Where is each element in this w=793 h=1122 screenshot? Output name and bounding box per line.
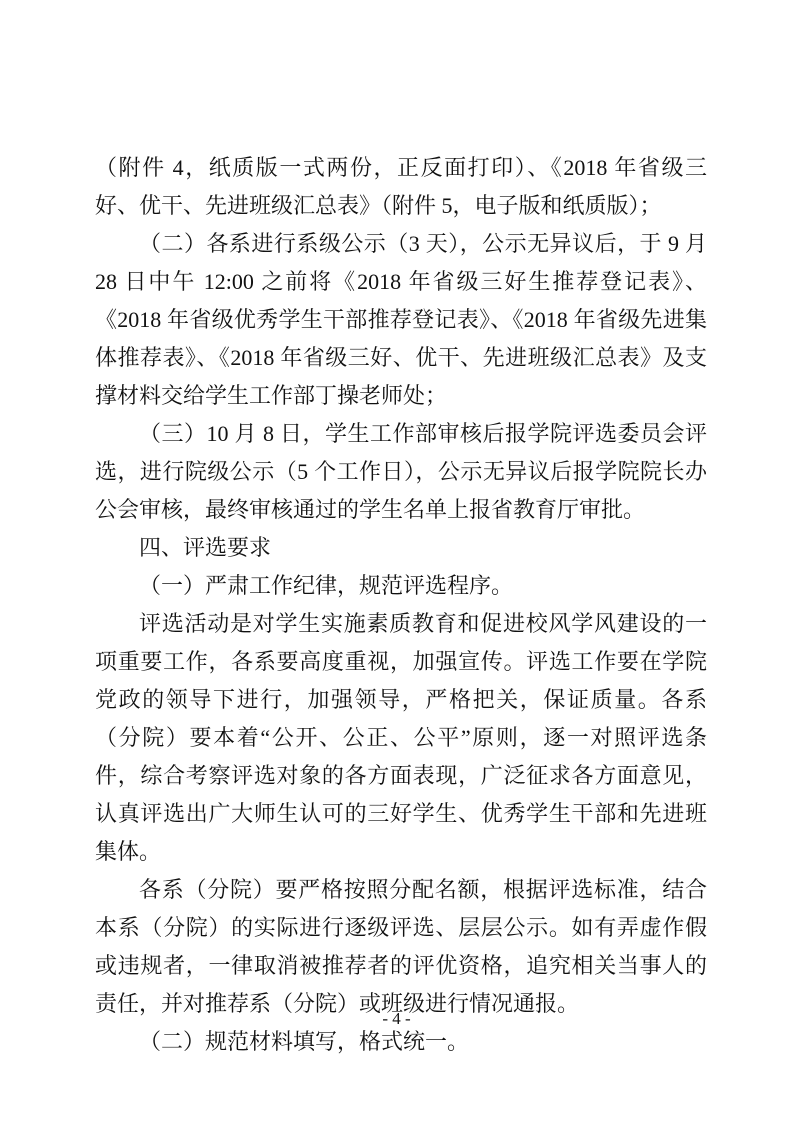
subsection-heading-1: （一）严肃工作纪律，规范评选程序。 xyxy=(95,567,707,605)
paragraph-continuation: （附件 4，纸质版一式两份，正反面打印）、《2018 年省级三好、优干、先进班级… xyxy=(95,149,707,225)
page-number: - 4 - xyxy=(0,1008,793,1030)
section-heading-4: 四、评选要求 xyxy=(95,529,707,567)
document-body: （附件 4，纸质版一式两份，正反面打印）、《2018 年省级三好、优干、先进班级… xyxy=(95,149,707,1061)
paragraph-item-2: （二）各系进行系级公示（3 天），公示无异议后，于 9 月 28 日中午 12:… xyxy=(95,225,707,415)
paragraph-quota-rules: 各系（分院）要严格按照分配名额，根据评选标准，结合本系（分院）的实际进行逐级评选… xyxy=(95,871,707,1023)
paragraph-item-3: （三）10 月 8 日，学生工作部审核后报学院评选委员会评选，进行院级公示（5 … xyxy=(95,415,707,529)
paragraph-evaluation-intro: 评选活动是对学生实施素质教育和促进校风学风建设的一项重要工作，各系要高度重视，加… xyxy=(95,605,707,871)
document-page: （附件 4，纸质版一式两份，正反面打印）、《2018 年省级三好、优干、先进班级… xyxy=(0,0,793,1122)
